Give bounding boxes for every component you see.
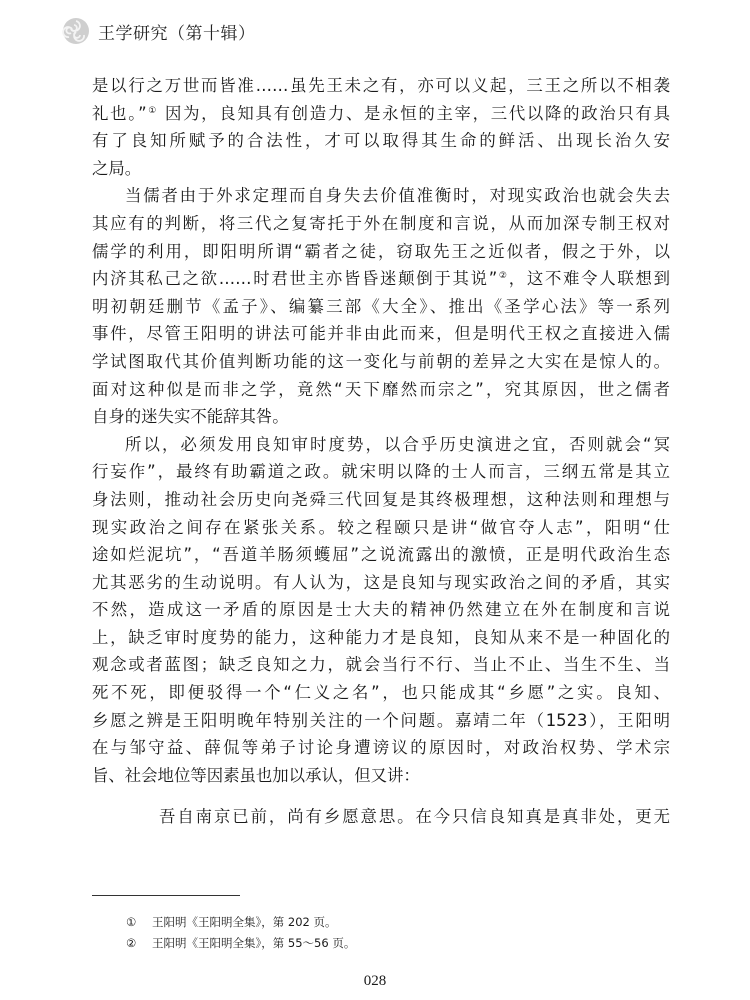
journal-title: 王学研究（第十辑）	[98, 19, 256, 44]
paragraph: 是以行之万世而皆准……虽先王未之有，亦可以义起，三王之所以不相袭 礼也。”① 因…	[92, 72, 670, 182]
footnote-ref-2[interactable]: ②	[497, 271, 509, 281]
footnote-2: ② 王阳明《王阳明全集》，第 55～56 页。	[126, 933, 355, 954]
text-line: 自身的迷失实不能辞其咎。	[92, 403, 670, 431]
footnote-divider	[92, 895, 240, 896]
footnotes: ① 王阳明《王阳明全集》，第 202 页。 ② 王阳明《王阳明全集》，第 55～…	[126, 912, 355, 954]
text-line: 行妄作”，最终有助霸道之政。就宋明以降的士人而言，三纲五常是其立	[92, 458, 670, 486]
text-line: 其应有的判断，将三代之复寄托于外在制度和言说，从而加深专制王权对	[92, 210, 670, 238]
footnote-mark: ①	[126, 912, 152, 933]
text-fragment: 因为，良知具有创造力、是永恒的主宰，三代以降的政治只有具	[158, 104, 670, 123]
cloud-swirl-emblem-icon	[62, 17, 90, 45]
text-line: 礼也。”① 因为，良知具有创造力、是永恒的主宰，三代以降的政治只有具	[92, 100, 670, 128]
paragraph: 所以，必须发用良知审时度势，以合乎历史演进之宜，否则就会“冥 行妄作”，最终有助…	[92, 431, 670, 790]
footnote-mark: ②	[126, 933, 152, 954]
text-line: 事件，尽管王阳明的讲法可能并非由此而来，但是明代王权之直接进入儒	[92, 320, 670, 348]
text-line: 明初朝廷删节《孟子》、编纂三部《大全》、推出《圣学心法》等一系列	[92, 293, 670, 321]
text-line: 吾自南京已前，尚有乡愿意思。在今只信良知真是真非处，更无	[92, 803, 670, 831]
text-line: 是以行之万世而皆准……虽先王未之有，亦可以义起，三王之所以不相袭	[92, 72, 670, 100]
text-line: 死不死，即便驳得一个“仁义之名”，也只能成其“乡愿”之实。良知、	[92, 679, 670, 707]
text-line: 身法则，推动社会历史向尧舜三代回复是其终极理想，这种法则和理想与	[92, 486, 670, 514]
text-line: 观念或者蓝图；缺乏良知之力，就会当行不行、当止不止、当生不生、当	[92, 651, 670, 679]
block-quote-spacer	[92, 789, 670, 803]
text-line: 旨、社会地位等因素虽也加以承认，但又讲：	[92, 762, 670, 790]
text-line: 现实政治之间存在紧张关系。较之程颐只是讲“做官夺人志”，阳明“仕	[92, 514, 670, 542]
text-line: 内济其私己之欲……时君世主亦皆昏迷颠倒于其说”②，这不难令人联想到	[92, 265, 670, 293]
text-fragment: 内济其私己之欲……时君世主亦皆昏迷颠倒于其说”	[92, 269, 497, 288]
text-line: 上，缺乏审时度势的能力，这种能力才是良知，良知从来不是一种固化的	[92, 624, 670, 652]
text-line: 有了良知所赋予的合法性，才可以取得其生命的鲜活、出现长治久安	[92, 127, 670, 155]
body-text: 是以行之万世而皆准……虽先王未之有，亦可以义起，三王之所以不相袭 礼也。”① 因…	[92, 72, 670, 831]
text-line: 所以，必须发用良知审时度势，以合乎历史演进之宜，否则就会“冥	[92, 431, 670, 459]
footnote-text: 王阳明《王阳明全集》，第 202 页。	[152, 912, 337, 933]
text-line: 当儒者由于外求定理而自身失去价值准衡时，对现实政治也就会失去	[92, 182, 670, 210]
running-header: 王学研究（第十辑）	[62, 14, 256, 48]
text-line: 乡愿之辨是王阳明晚年特别关注的一个问题。嘉靖二年（1523），王阳明	[92, 707, 670, 735]
footnote-ref-1[interactable]: ①	[147, 106, 158, 116]
text-line: 尤其恶劣的生动说明。有人认为，这是良知与现实政治之间的矛盾，其实	[92, 569, 670, 597]
text-line: 儒学的利用，即阳明所谓“霸者之徒，窃取先王之近似者，假之于外，以	[92, 238, 670, 266]
text-fragment: 礼也。”	[92, 104, 147, 123]
block-quote: 吾自南京已前，尚有乡愿意思。在今只信良知真是真非处，更无	[92, 803, 670, 831]
page-number: 028	[0, 973, 750, 990]
text-line: 学试图取代其价值判断功能的这一变化与前朝的差异之大实在是惊人的。	[92, 348, 670, 376]
text-line: 面对这种似是而非之学，竟然“天下靡然而宗之”，究其原因，世之儒者	[92, 376, 670, 404]
footnote-1: ① 王阳明《王阳明全集》，第 202 页。	[126, 912, 355, 933]
paragraph: 当儒者由于外求定理而自身失去价值准衡时，对现实政治也就会失去 其应有的判断，将三…	[92, 182, 670, 430]
text-line: 之局。	[92, 155, 670, 183]
text-fragment: ，这不难令人联想到	[509, 269, 670, 288]
text-line: 不然，造成这一矛盾的原因是士大夫的精神仍然建立在外在制度和言说	[92, 596, 670, 624]
text-line: 途如烂泥坑”，“吾道羊肠须蠖屈”之说流露出的激愤，正是明代政治生态	[92, 541, 670, 569]
footnote-text: 王阳明《王阳明全集》，第 55～56 页。	[152, 933, 355, 954]
text-line: 在与邹守益、薛侃等弟子讨论身遭谤议的原因时，对政治权势、学术宗	[92, 734, 670, 762]
